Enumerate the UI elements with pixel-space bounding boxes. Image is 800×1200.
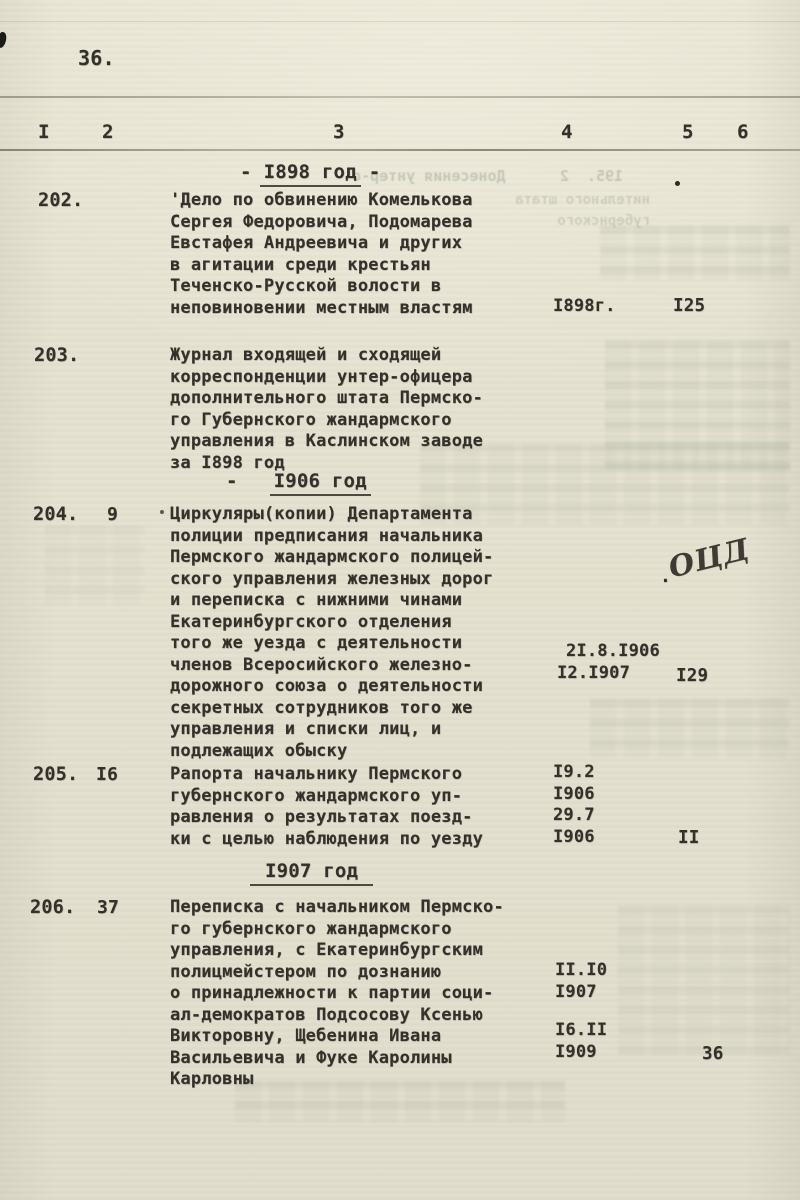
handwritten-dot: . (660, 566, 671, 587)
handwritten-annotation: ОЦД (665, 532, 753, 585)
column-header-2: 2 (102, 121, 114, 143)
column-header-6: 6 (737, 121, 749, 143)
heading-dash: - (240, 161, 252, 183)
scan-line-artifact (0, 21, 800, 22)
entry-202-sheet-count: I25 (673, 296, 705, 316)
year-heading-text: I898 год (260, 161, 361, 187)
entry-205-sheet-count: II (678, 828, 699, 848)
bleedthrough-smudge (590, 698, 790, 758)
entry-203-number: 203. (34, 345, 79, 366)
entry-202-date: I898г. (553, 296, 616, 318)
entry-205-number: 205. (33, 764, 78, 785)
entry-206-date-end: I6.II I909 (555, 1020, 607, 1063)
year-heading-1907: I907 год (250, 860, 373, 882)
bleedthrough-smudge (618, 905, 790, 1055)
entry-204-date-end: I2.I907 (557, 663, 630, 685)
heading-dash: - (226, 470, 238, 492)
column-header-4: 4 (561, 121, 573, 143)
entry-203-description: Журнал входящей и сходящей корреспонденц… (170, 345, 483, 474)
bleedthrough-smudge (45, 525, 145, 605)
entry-206-sheet-count: 36 (702, 1044, 723, 1064)
entry-206-number: 206. (30, 897, 75, 918)
entry-202-description: 'Дело по обвинению Комелькова Сергея Фед… (170, 190, 473, 319)
entry-205-dates: I9.2 I906 29.7 I906 (553, 762, 595, 848)
entry-206-date-start: II.I0 I907 (555, 960, 607, 1003)
entry-204-date-start: 2I.8.I906 (566, 641, 660, 663)
year-heading-1906: -I906 год (226, 470, 371, 492)
year-heading-text: I907 год (250, 860, 373, 886)
ink-dot (675, 181, 680, 186)
entry-204-description: Циркуляры(копии) Департамента полиции пр… (170, 504, 493, 762)
entry-205-old-number: I6 (96, 764, 118, 785)
year-heading-text: I906 год (270, 470, 371, 496)
entry-206-old-number: 37 (97, 897, 119, 918)
ink-dot (160, 510, 164, 514)
entry-206-description: Переписка с начальником Пермско- го губе… (170, 897, 504, 1091)
scan-speck (0, 31, 8, 48)
table-header-rule (0, 149, 800, 151)
year-heading-1898: -I898 год- (240, 161, 380, 183)
heading-dash: - (369, 161, 381, 183)
entry-204-number: 204. (33, 504, 78, 525)
column-header-3: 3 (333, 121, 345, 143)
page-number: 36. (78, 46, 115, 70)
scanned-archive-page: 36. I 2 3 4 5 6 195. 2 Донесения унтер-о… (0, 0, 800, 1200)
entry-202-number: 202. (38, 190, 83, 211)
bleedthrough-text: 195. 2 Донесения унтер-о (398, 166, 623, 187)
column-header-1: I (38, 121, 50, 143)
entry-205-description: Рапорта начальнику Пермского губернского… (170, 764, 483, 850)
entry-204-old-number: 9 (107, 504, 118, 525)
bleedthrough-smudge (600, 225, 790, 280)
table-top-rule (0, 96, 800, 98)
entry-204-sheet-count: I29 (676, 666, 708, 686)
column-header-5: 5 (682, 121, 694, 143)
